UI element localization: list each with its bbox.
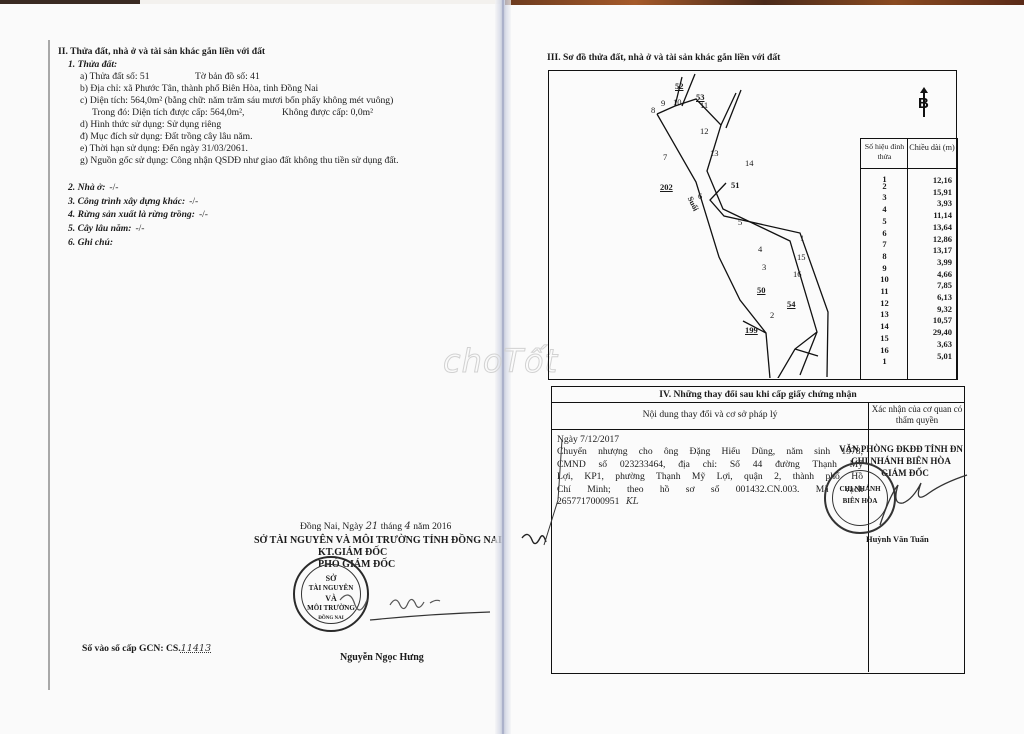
land-area: c) Diện tích: 564,0m² (bằng chữ: năm tră… — [80, 95, 393, 107]
section2-item: 4. Rừng sản xuất là rừng trồng:-/- — [68, 209, 208, 221]
change-entry-line: CMND số 023233464, địa chỉ: Số 44 đường … — [557, 459, 863, 471]
length-cell: 13,64 — [909, 221, 952, 233]
use-origin: g) Nguồn gốc sử dụng: Công nhận QSDĐ như… — [80, 155, 399, 167]
length-cell: 3,93 — [909, 197, 952, 209]
parcel-label: 199 — [745, 324, 758, 336]
section2-item: 2. Nhà ở:-/- — [68, 182, 118, 194]
vertex-label: 2 — [770, 309, 774, 321]
vertex-cell: 3 — [862, 191, 907, 203]
vertex-cell: 6 — [862, 227, 907, 239]
north-arrow-icon: B — [917, 87, 933, 117]
vertex-label: 15 — [797, 251, 806, 263]
change-entry-line: Chí Minh; theo hồ sơ số 001432.CN.003. M… — [557, 484, 863, 496]
vertex-label: 14 — [745, 157, 754, 169]
length-cell: 7,85 — [909, 279, 952, 291]
length-cell: 3,63 — [909, 338, 952, 350]
registry-number: Số vào sổ cấp GCN: CS.11413 — [82, 643, 211, 655]
vertex-cell: 12 — [862, 297, 907, 309]
vertex-cell: 9 — [862, 262, 907, 274]
section3-title: III. Sơ đồ thửa đất, nhà ở và tài sản kh… — [547, 52, 780, 64]
section2-item: 6. Ghi chú: — [68, 237, 117, 249]
parcel-label: 54 — [787, 298, 796, 310]
parcel-number: a) Thửa đất số: 51 — [80, 71, 150, 83]
change-entry-line: 2657717000951 — [557, 496, 863, 508]
margin-stroke — [540, 440, 570, 550]
confirm-office: VĂN PHÒNG ĐKĐĐ TỈNH ĐN — [826, 443, 976, 455]
length-cell: 5,01 — [909, 350, 952, 362]
vertex-cell: 11 — [862, 285, 907, 297]
signer-name-right: Huỳnh Văn Tuấn — [866, 533, 929, 545]
parcel-label: 53 — [696, 91, 705, 103]
section4-title: IV. Những thay đổi sau khi cấp giấy chứn… — [551, 389, 965, 401]
change-initials: KL — [626, 497, 639, 507]
length-cell: 9,32 — [909, 303, 952, 315]
use-term: e) Thời hạn sử dụng: Đến ngày 31/03/2061… — [80, 143, 248, 155]
vertex-label: 4 — [758, 243, 762, 255]
col-header-confirmation: Xác nhận của cơ quan có thẩm quyền — [870, 404, 964, 426]
land-heading: 1. Thửa đất: — [68, 59, 117, 71]
vertex-label: 1 — [800, 232, 804, 244]
vertex-cell: 8 — [862, 250, 907, 262]
vertex-cell: 10 — [862, 273, 907, 285]
signature-right — [860, 470, 970, 530]
vertex-cell: 5 — [862, 215, 907, 227]
vertex-label: 10 — [673, 96, 682, 108]
vertex-cell: 2 — [862, 180, 907, 192]
parcel-label: 52 — [675, 80, 684, 92]
vertex-cell: 16 — [862, 344, 907, 356]
length-cell: 11,14 — [909, 209, 952, 221]
vertex-label: 8 — [651, 104, 655, 116]
length-cell: 12,86 — [909, 233, 952, 245]
col-header-length: Chiều dài (m) — [909, 142, 955, 153]
map-sheet-number: Tờ bản đồ số: 41 — [195, 71, 260, 83]
left-margin-line — [48, 40, 50, 690]
length-cell: 6,13 — [909, 291, 952, 303]
changes-rule-2 — [551, 429, 965, 430]
section2-item: 3. Công trình xây dựng khác:-/- — [68, 196, 198, 208]
vertex-cell: 1 — [862, 355, 907, 367]
col-header-vertex: Số hiệu đỉnh thửa — [862, 142, 907, 162]
vertex-cell: 7 — [862, 238, 907, 250]
parcel-diagram — [548, 70, 858, 378]
length-cell: 12,16 — [909, 174, 952, 186]
vertex-cell: 4 — [862, 203, 907, 215]
use-purpose: đ) Mục đích sử dụng: Đất trồng cây lâu n… — [80, 131, 253, 143]
vertex-label: 16 — [793, 268, 802, 280]
vertex-label: 9 — [661, 97, 665, 109]
parcel-label: 51 — [731, 179, 740, 191]
vertex-cell: 15 — [862, 332, 907, 344]
vertex-label: 7 — [663, 151, 667, 163]
header-rule — [861, 168, 956, 169]
use-form: d) Hình thức sử dụng: Sử dụng riêng — [80, 119, 221, 131]
section2-title: II. Thửa đất, nhà ở và tài sản khác gắn … — [58, 46, 265, 58]
vertex-label: 5 — [738, 216, 742, 228]
signer-name-left: Nguyễn Ngọc Hưng — [340, 652, 424, 664]
length-cell: 4,66 — [909, 268, 952, 280]
parcel-label: 202 — [660, 181, 673, 193]
vertex-label: 13 — [710, 147, 719, 159]
change-entry-line: Chuyển nhượng cho ông Đặng Hiếu Dũng, nă… — [557, 446, 863, 458]
length-cell: 29,40 — [909, 326, 952, 338]
signature-left — [330, 585, 490, 625]
granted-area: Trong đó: Diện tích được cấp: 564,0m², — [92, 107, 244, 119]
vertex-cell: 13 — [862, 308, 907, 320]
col-header-changes: Nội dung thay đổi và cơ sở pháp lý — [552, 409, 868, 421]
length-cell: 13,17 — [909, 244, 952, 256]
length-cell: 3,99 — [909, 256, 952, 268]
change-entry-line: Lợi, KP1, phường Thạnh Mỹ Lợi, quận 2, t… — [557, 471, 863, 483]
watermark: choTốt — [443, 342, 558, 380]
signing-month: 4 — [404, 521, 410, 532]
length-cell: 15,91 — [909, 186, 952, 198]
land-address: b) Địa chỉ: xã Phước Tân, thành phố Biên… — [80, 83, 318, 95]
signing-place-date: Đồng Nai, Ngày 21 tháng 4 năm 2016 — [300, 521, 451, 533]
vertex-label: 12 — [700, 125, 709, 137]
length-cell: 10,57 — [909, 314, 952, 326]
vertex-label: 6 — [698, 190, 702, 202]
section2-item: 5. Cây lâu năm:-/- — [68, 223, 145, 235]
issuing-authority: SỞ TÀI NGUYÊN VÀ MÔI TRƯỜNG TỈNH ĐỒNG NA… — [254, 535, 502, 547]
vertex-label: 3 — [762, 261, 766, 273]
not-granted-area: Không được cấp: 0,0m² — [282, 107, 373, 119]
vertex-cell: 14 — [862, 320, 907, 332]
signing-day: 21 — [366, 521, 379, 532]
parcel-label: 50 — [757, 284, 766, 296]
